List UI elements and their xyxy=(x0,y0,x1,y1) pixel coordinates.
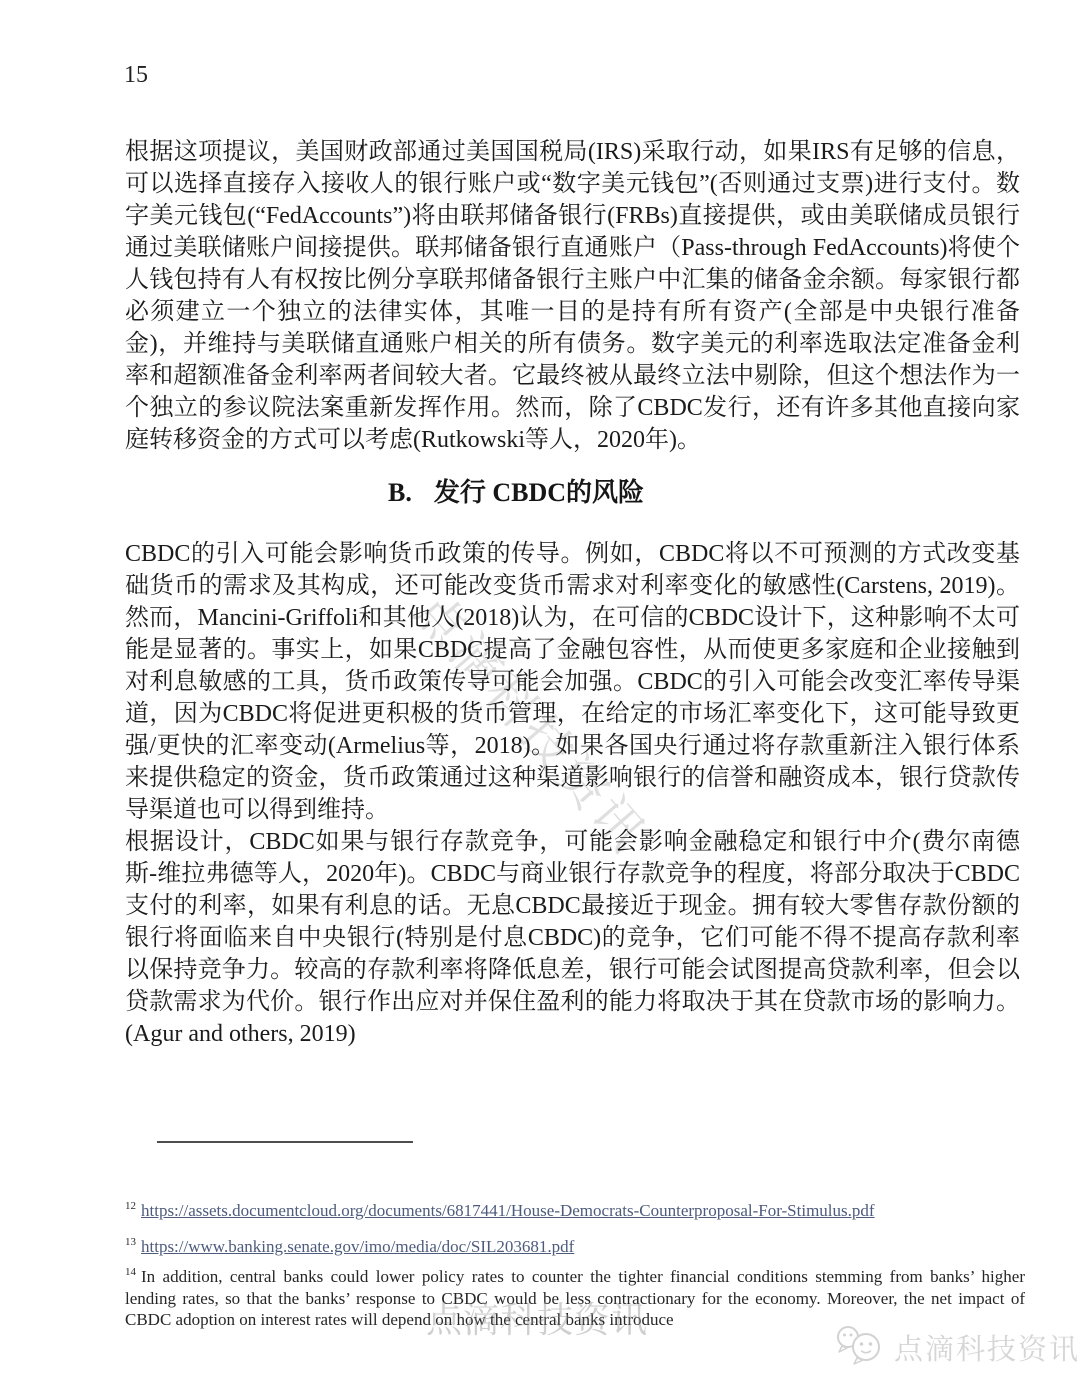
footnote-12-link[interactable]: https://assets.documentcloud.org/documen… xyxy=(141,1201,875,1220)
paragraph-2: CBDC的引入可能会影响货币政策的传导。例如，CBDC将以不可预测的方式改变基础… xyxy=(125,538,1020,826)
section-label: B. xyxy=(388,478,412,507)
footnote-13: 13https://www.banking.senate.gov/imo/med… xyxy=(125,1236,1025,1258)
brand-watermark: 点滴科技资讯 xyxy=(834,1324,1080,1371)
footnote-separator-rule xyxy=(157,1141,413,1143)
footnote-14-marker: 14 xyxy=(125,1266,136,1278)
paragraph-1: 根据这项提议，美国财政部通过美国国税局(IRS)采取行动，如果IRS有足够的信息… xyxy=(125,136,1020,456)
section-heading: B.发行 CBDC的风险 xyxy=(0,472,1032,509)
chat-bubbles-logo-icon xyxy=(834,1324,886,1371)
brand-text: 点滴科技资讯 xyxy=(894,1327,1080,1368)
footnote-14: 14In addition, central banks could lower… xyxy=(125,1266,1025,1331)
page-number: 15 xyxy=(124,62,148,89)
document-page: 15 点滴科技资讯 根据这项提议，美国财政部通过美国国税局(IRS)采取行动，如… xyxy=(0,0,1080,1397)
footnote-12: 12https://assets.documentcloud.org/docum… xyxy=(125,1200,1025,1222)
footnote-13-link[interactable]: https://www.banking.senate.gov/imo/media… xyxy=(141,1237,574,1256)
footnote-13-marker: 13 xyxy=(125,1236,136,1248)
footnote-14-text: In addition, central banks could lower p… xyxy=(125,1267,1025,1329)
section-title: 发行 CBDC的风险 xyxy=(434,478,644,507)
footnote-12-marker: 12 xyxy=(125,1200,136,1212)
paragraph-3: 根据设计，CBDC如果与银行存款竞争，可能会影响金融稳定和银行中介(费尔南德斯-… xyxy=(125,826,1020,1050)
